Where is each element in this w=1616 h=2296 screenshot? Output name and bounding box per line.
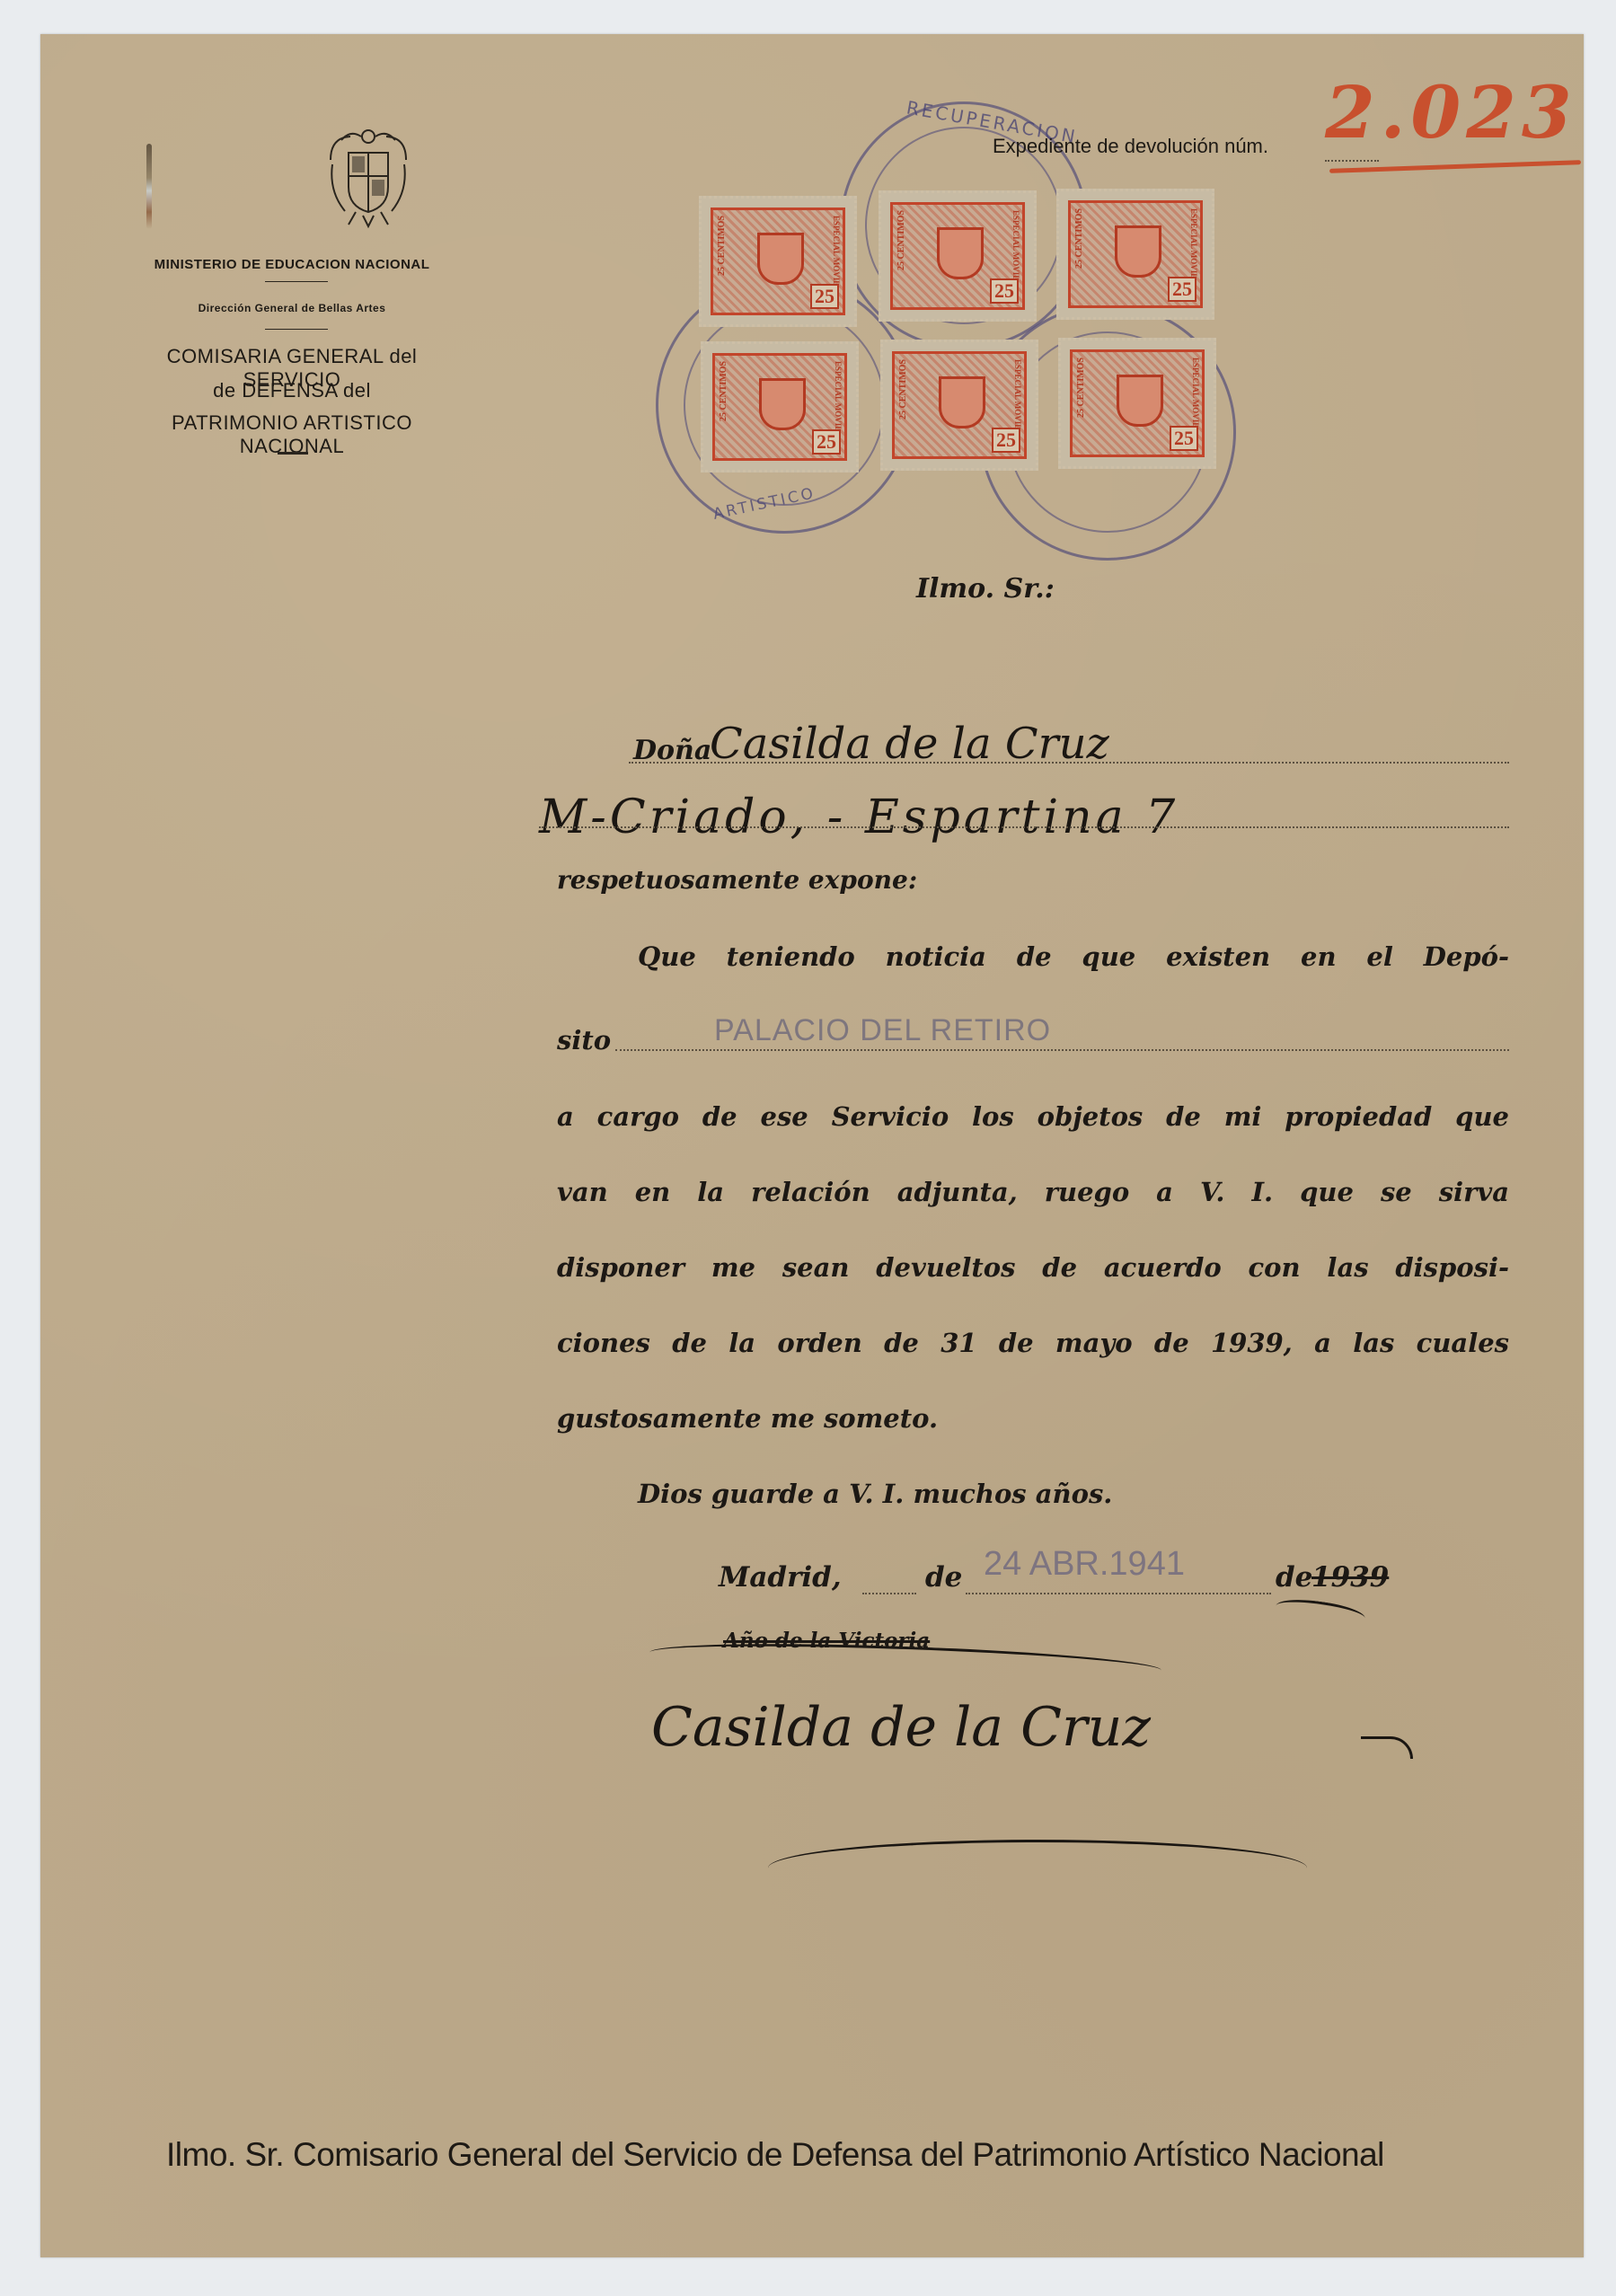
header-divider xyxy=(265,329,328,330)
revenue-stamps-block: 25 CENTIMOSESPECIAL MOVIL25 25 CENTIMOSE… xyxy=(699,189,1238,499)
dotted-line xyxy=(629,762,1509,764)
file-number-label: Expediente de devolución núm. xyxy=(993,135,1268,158)
coat-of-arms-icon xyxy=(323,124,413,232)
document-page: MINISTERIO DE EDUCACION NACIONAL Direcci… xyxy=(40,34,1584,2257)
salutation: Ilmo. Sr.: xyxy=(916,573,1055,605)
revenue-stamp: 25 CENTIMOSESPECIAL MOVIL25 xyxy=(1056,189,1214,320)
body-line-6: ciones de la orden de 31 de mayo de 1939… xyxy=(557,1328,1509,1358)
struck-year: 1939 xyxy=(1311,1561,1389,1594)
deposit-stamp: PALACIO DEL RETIRO xyxy=(714,1013,1051,1048)
received-date-stamp: 24 ABR.1941 xyxy=(984,1545,1185,1584)
dotted-line xyxy=(1325,160,1379,162)
header-divider xyxy=(278,452,308,455)
closing-formula: Dios guarde a V. I. muchos años. xyxy=(638,1479,1112,1509)
body-line-4: van en la relación adjunta, ruego a V. I… xyxy=(557,1177,1509,1207)
applicant-address-handwritten: M-Criado, - Espartina 7 xyxy=(539,790,1179,844)
signature: Casilda de la Cruz xyxy=(651,1696,1151,1759)
body-intro: respetuosamente expone: xyxy=(557,865,917,895)
footer-addressee: Ilmo. Sr. Comisario General del Servicio… xyxy=(166,2136,1496,2174)
revenue-stamp: 25 CENTIMOSESPECIAL MOVIL25 xyxy=(699,196,857,327)
revenue-stamp: 25 CENTIMOSESPECIAL MOVIL25 xyxy=(879,190,1037,322)
red-underline xyxy=(1329,160,1581,173)
paper-crease xyxy=(146,144,152,229)
dotted-line xyxy=(539,826,1509,828)
body-line-7: gustosamente me someto. xyxy=(557,1403,938,1434)
revenue-stamp: 25 CENTIMOSESPECIAL MOVIL25 xyxy=(1058,338,1216,469)
date-de: de xyxy=(925,1561,962,1594)
body-line-5: disponer me sean devueltos de acuerdo co… xyxy=(557,1252,1509,1283)
revenue-stamp: 25 CENTIMOSESPECIAL MOVIL25 xyxy=(880,340,1038,471)
directorate-name: Dirección General de Bellas Artes xyxy=(148,302,436,314)
ministry-name: MINISTERIO DE EDUCACION NACIONAL xyxy=(148,257,436,272)
dotted-line xyxy=(966,1593,1271,1594)
strike-flourish xyxy=(1275,1595,1366,1629)
header-divider xyxy=(265,281,328,282)
signature-flourish xyxy=(1361,1736,1413,1759)
commission-line-2: de DEFENSA del xyxy=(130,379,454,402)
body-line-2-prefix: sito xyxy=(557,1025,611,1055)
body-line-1: Que teniendo noticia de que existen en e… xyxy=(638,941,1509,972)
date-de-year: de xyxy=(1276,1561,1312,1594)
body-line-3: a cargo de ese Servicio los objetos de m… xyxy=(557,1101,1509,1132)
file-number: 2.023 xyxy=(1325,70,1577,155)
signature-underline xyxy=(768,1840,1307,1896)
dotted-line xyxy=(615,1049,1509,1051)
dotted-line xyxy=(862,1593,916,1594)
revenue-stamp: 25 CENTIMOSESPECIAL MOVIL25 xyxy=(701,341,859,472)
date-place: Madrid, xyxy=(719,1561,842,1594)
